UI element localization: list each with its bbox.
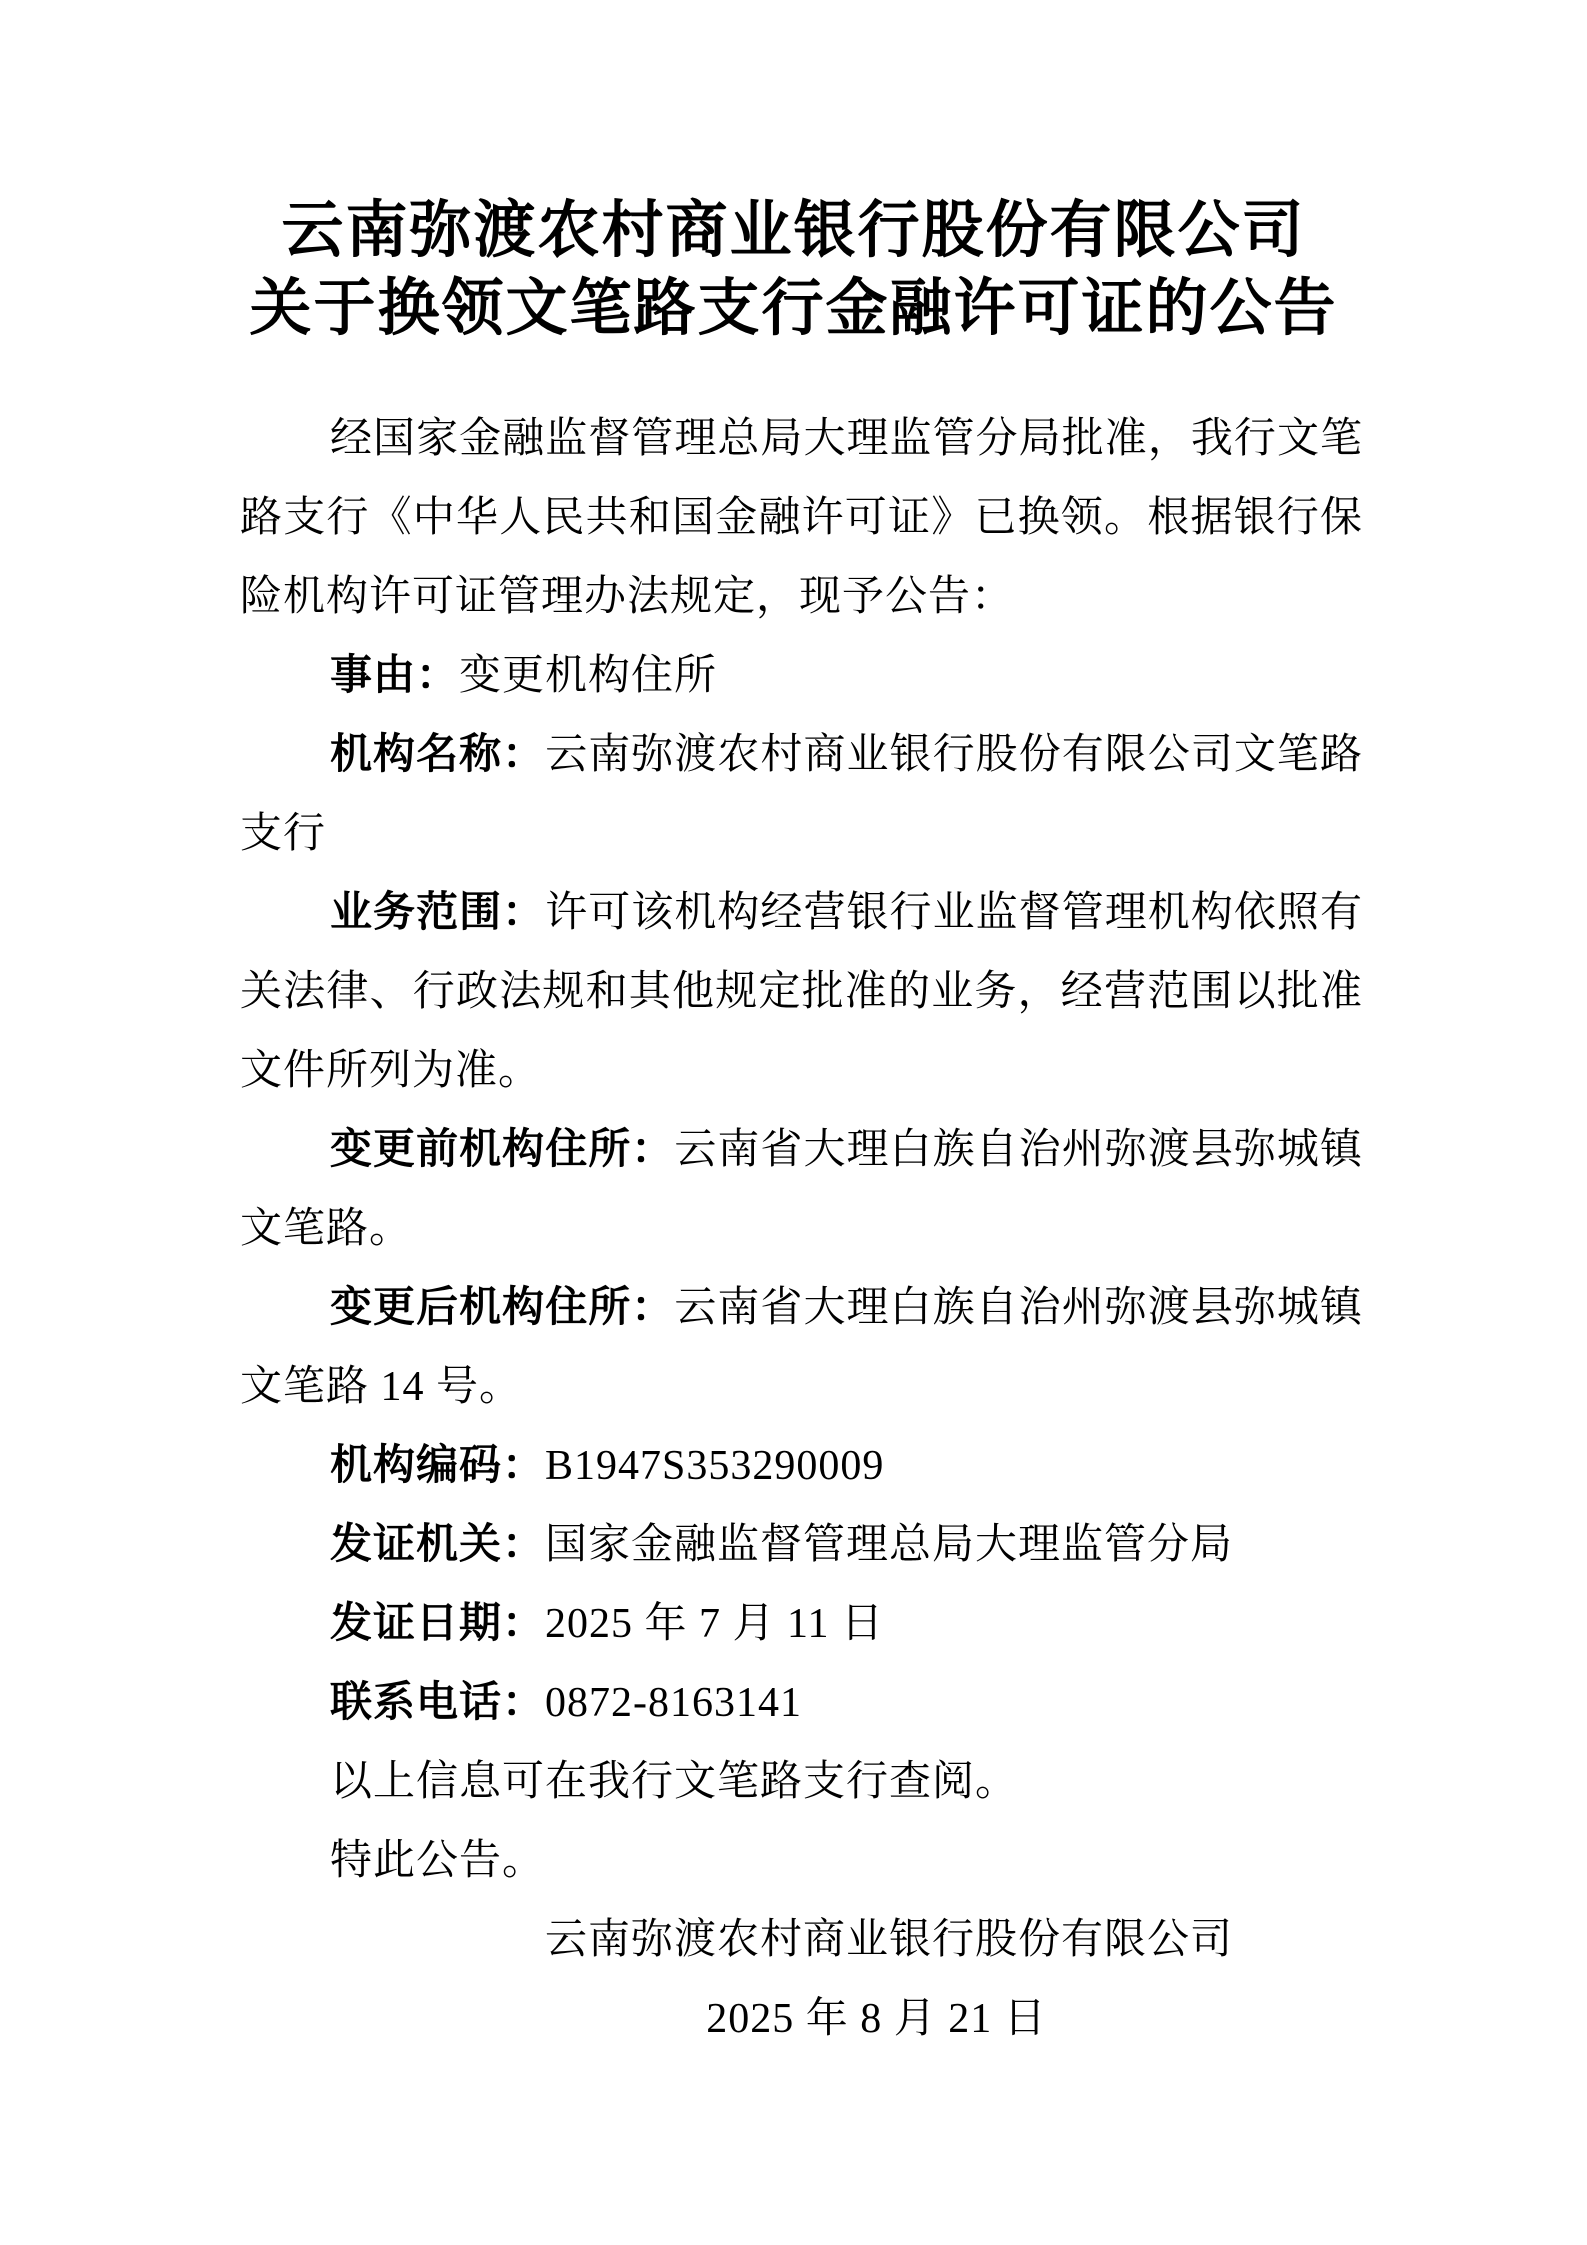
body-line-contact-phone: 联系电话：0872-8163141 [240,1664,1363,1743]
body-line-org-code: 机构编码：B1947S353290009 [240,1427,1363,1506]
signature-date: 2025 年 8 月 21 日 [240,1980,1363,2059]
body-line-business-scope-cont-2: 文件所列为准。 [240,1032,1363,1111]
field-label: 变更前机构住所： [330,1127,674,1173]
field-label: 发证机关： [330,1522,545,1568]
line-text: 经国家金融监督管理总局大理监管分局批准，我行文笔 [330,416,1363,462]
signature-company-text: 云南弥渡农村商业银行股份有限公司 [545,1917,1233,1963]
body-line-org-name: 机构名称：云南弥渡农村商业银行股份有限公司文笔路 [240,716,1363,795]
signature-company: 云南弥渡农村商业银行股份有限公司 [240,1901,1363,1980]
line-text: 关法律、行政法规和其他规定批准的业务，经营范围以批准 [240,969,1363,1015]
field-label: 机构编码： [330,1443,545,1489]
line-text: 文笔路 14 号。 [240,1364,522,1410]
body-line-closing: 特此公告。 [240,1822,1363,1901]
field-label: 联系电话： [330,1680,545,1726]
body-line-issue-date: 发证日期：2025 年 7 月 11 日 [240,1585,1363,1664]
document-body: 经国家金融监督管理总局大理监管分局批准，我行文笔 路支行《中华人民共和国金融许可… [240,400,1363,2059]
field-value: 2025 年 7 月 11 日 [545,1601,884,1647]
field-value: 云南省大理白族自治州弥渡县弥城镇 [674,1285,1363,1331]
body-line-issuing-authority: 发证机关：国家金融监督管理总局大理监管分局 [240,1506,1363,1585]
body-line-old-address: 变更前机构住所：云南省大理白族自治州弥渡县弥城镇 [240,1111,1363,1190]
body-line-intro-3: 险机构许可证管理办法规定，现予公告： [240,558,1363,637]
body-line-org-name-cont: 支行 [240,795,1363,874]
field-label: 业务范围： [330,890,545,936]
body-line-intro-1: 经国家金融监督管理总局大理监管分局批准，我行文笔 [240,400,1363,479]
line-text: 文件所列为准。 [240,1048,541,1094]
field-value: B1947S353290009 [545,1443,884,1489]
announcement-page: 云南弥渡农村商业银行股份有限公司 关于换领文笔路支行金融许可证的公告 经国家金融… [0,0,1587,2245]
body-line-business-scope-cont-1: 关法律、行政法规和其他规定批准的业务，经营范围以批准 [240,953,1363,1032]
body-line-info-note: 以上信息可在我行文笔路支行查阅。 [240,1743,1363,1822]
body-line-reason: 事由：变更机构住所 [240,637,1363,716]
line-text: 以上信息可在我行文笔路支行查阅。 [330,1759,1018,1805]
body-line-business-scope: 业务范围：许可该机构经营银行业监督管理机构依照有 [240,874,1363,953]
field-value: 云南弥渡农村商业银行股份有限公司文笔路 [545,732,1363,778]
field-value: 许可该机构经营银行业监督管理机构依照有 [545,890,1363,936]
field-label: 发证日期： [330,1601,545,1647]
body-line-new-address-cont: 文笔路 14 号。 [240,1348,1363,1427]
field-label: 事由： [330,653,459,699]
field-value: 0872-8163141 [545,1680,802,1726]
line-text: 险机构许可证管理办法规定，现予公告： [240,574,1014,620]
title-line-1: 云南弥渡农村商业银行股份有限公司 [0,192,1587,270]
line-text: 文笔路。 [240,1206,412,1252]
field-label: 变更后机构住所： [330,1285,674,1331]
document-title: 云南弥渡农村商业银行股份有限公司 关于换领文笔路支行金融许可证的公告 [0,0,1587,348]
field-value: 云南省大理白族自治州弥渡县弥城镇 [674,1127,1363,1173]
line-text: 特此公告。 [330,1838,545,1884]
body-line-new-address: 变更后机构住所：云南省大理白族自治州弥渡县弥城镇 [240,1269,1363,1348]
signature-date-text: 2025 年 8 月 21 日 [706,1996,1047,2042]
line-text: 路支行《中华人民共和国金融许可证》已换领。根据银行保 [240,495,1363,541]
title-line-2: 关于换领文笔路支行金融许可证的公告 [0,270,1587,348]
line-text: 支行 [240,811,326,857]
field-label: 机构名称： [330,732,545,778]
field-value: 国家金融监督管理总局大理监管分局 [545,1522,1233,1568]
body-line-old-address-cont: 文笔路。 [240,1190,1363,1269]
field-value: 变更机构住所 [459,653,717,699]
body-line-intro-2: 路支行《中华人民共和国金融许可证》已换领。根据银行保 [240,479,1363,558]
